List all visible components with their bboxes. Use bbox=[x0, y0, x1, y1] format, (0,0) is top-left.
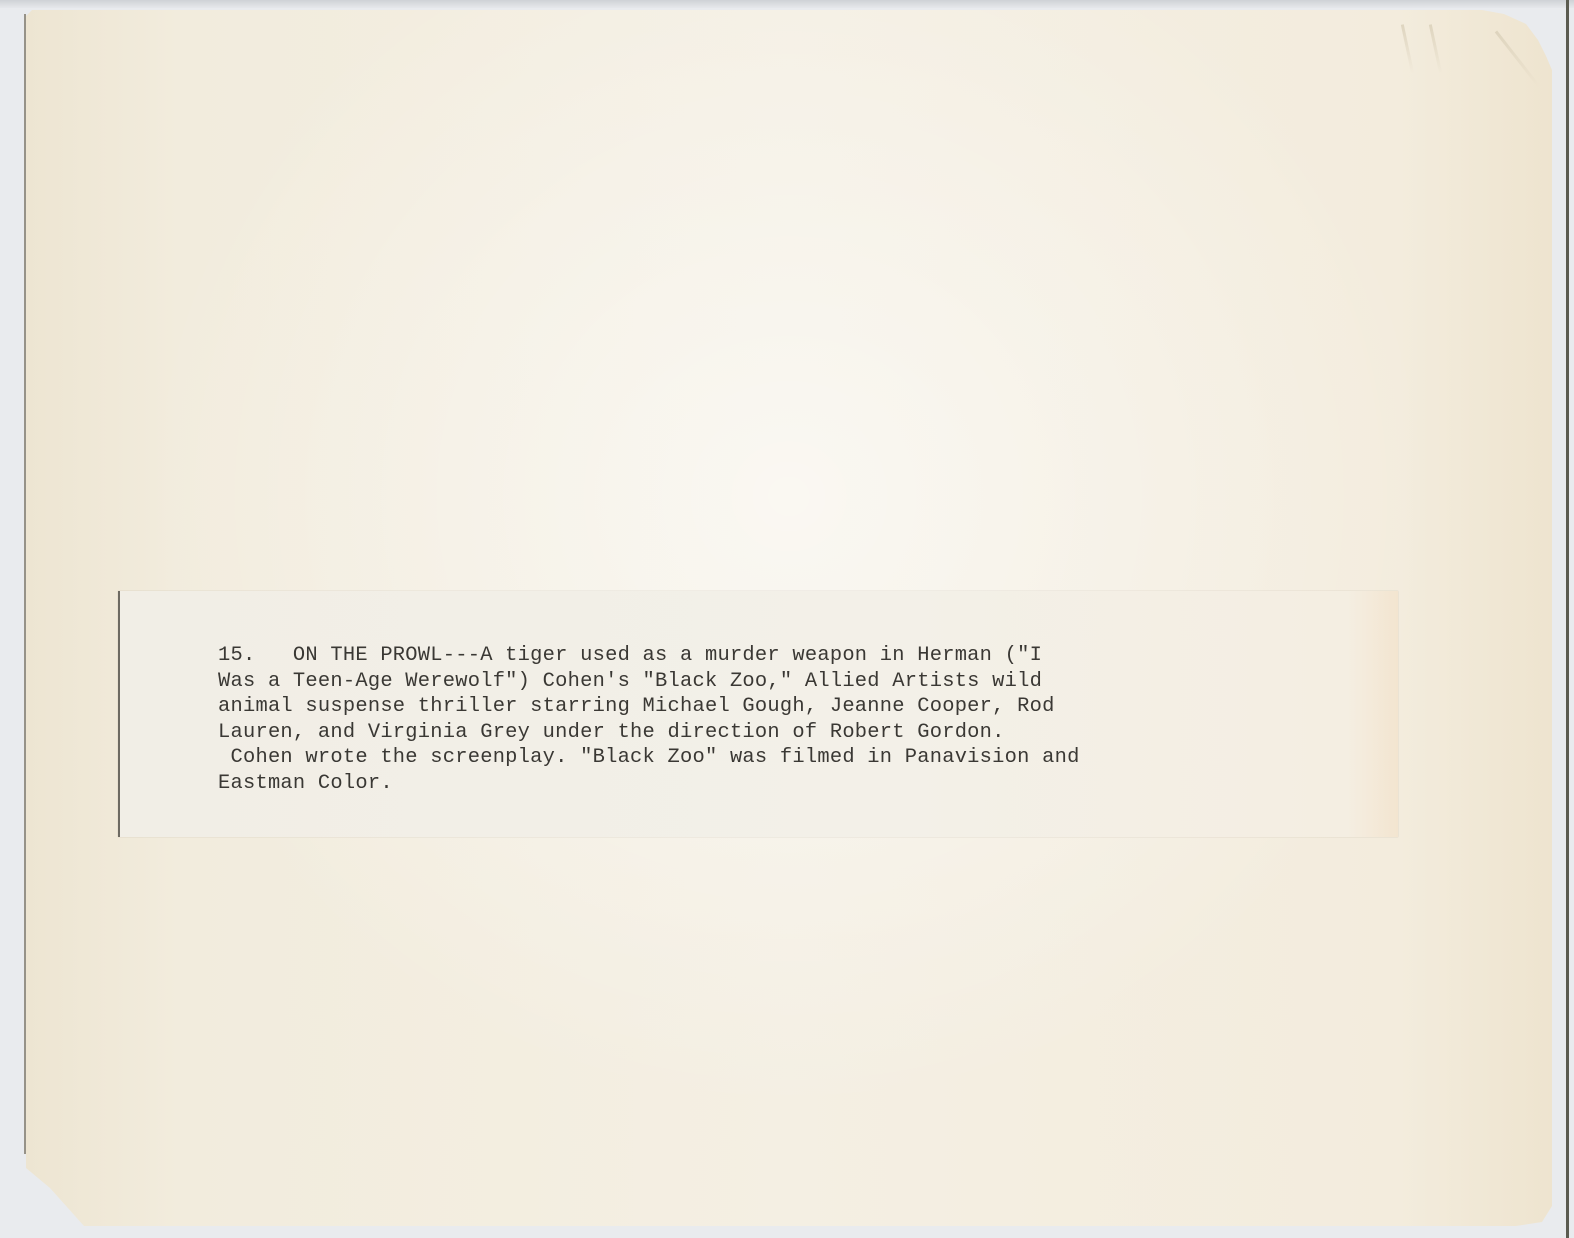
paper-crease-mark bbox=[1429, 24, 1442, 74]
caption-text: 15. ON THE PROWL---A tiger used as a mur… bbox=[218, 643, 1080, 796]
paper-crease-mark bbox=[1401, 24, 1414, 74]
scanner-top-edge bbox=[0, 0, 1574, 8]
paper-left-edge-shadow bbox=[24, 14, 26, 1154]
paper-corner-crease bbox=[1495, 30, 1540, 87]
scanner-right-edge bbox=[1566, 0, 1569, 1238]
caption-snipe: 15. ON THE PROWL---A tiger used as a mur… bbox=[118, 591, 1398, 837]
photo-back-sheet: 15. ON THE PROWL---A tiger used as a mur… bbox=[26, 10, 1552, 1226]
